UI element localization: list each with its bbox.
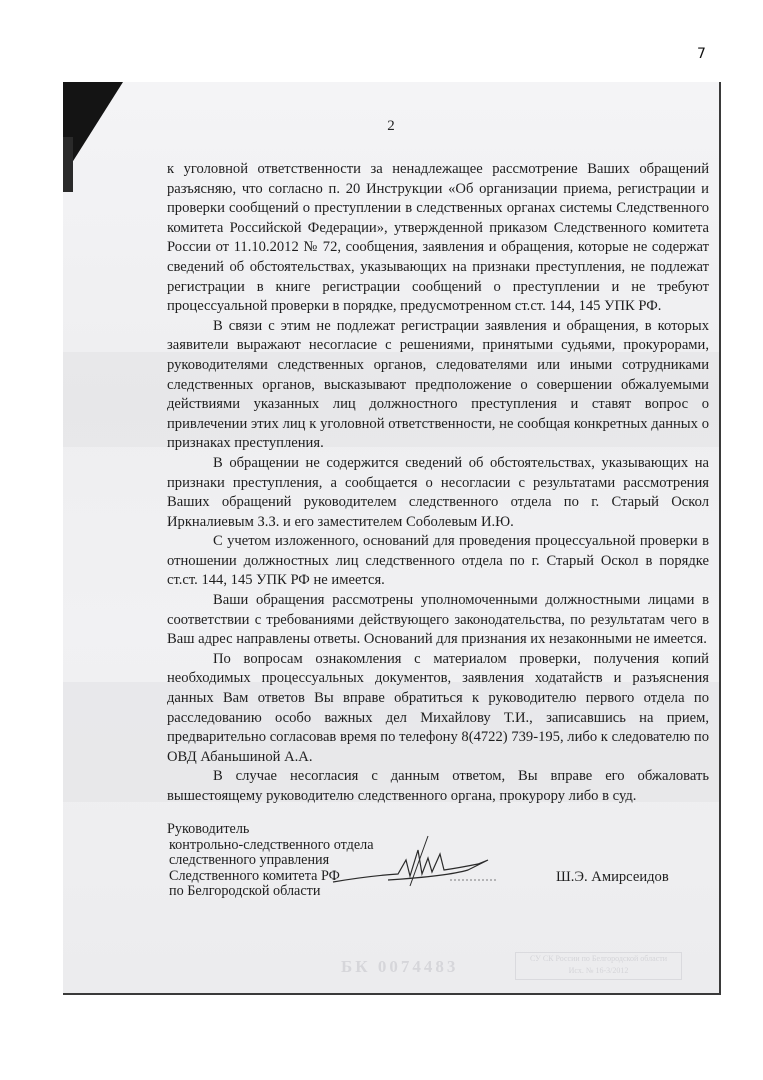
handwritten-signature bbox=[328, 830, 508, 890]
signatory-name: Ш.Э. Амирсеидов bbox=[556, 869, 669, 886]
scanned-letter-page: 2 к уголовной ответственности за ненадле… bbox=[63, 82, 721, 995]
stamp-line: Исх. № 16-3/2012 bbox=[516, 965, 681, 977]
paragraph: В случае несогласия с данным ответом, Вы… bbox=[167, 767, 709, 806]
paragraph: В связи с этим не подлежат регистрации з… bbox=[167, 317, 709, 454]
sheet-number: 2 bbox=[63, 118, 719, 135]
registration-stamp: СУ СК России по Белгородской области Исх… bbox=[515, 952, 682, 980]
letter-body: к уголовной ответственности за ненадлежа… bbox=[167, 160, 709, 807]
paragraph: Ваши обращения рассмотрены уполномоченны… bbox=[167, 591, 709, 650]
paragraph: к уголовной ответственности за ненадлежа… bbox=[167, 160, 709, 317]
stamp-line: СУ СК России по Белгородской области bbox=[516, 953, 681, 965]
form-serial-number: БК 0074483 bbox=[341, 957, 458, 977]
folded-corner-edge bbox=[63, 137, 73, 192]
paragraph: В обращении не содержится сведений об об… bbox=[167, 454, 709, 532]
viewer-page-number: 7 bbox=[697, 46, 706, 62]
paragraph: По вопросам ознакомления с материалом пр… bbox=[167, 650, 709, 768]
paragraph: С учетом изложенного, оснований для пров… bbox=[167, 532, 709, 591]
